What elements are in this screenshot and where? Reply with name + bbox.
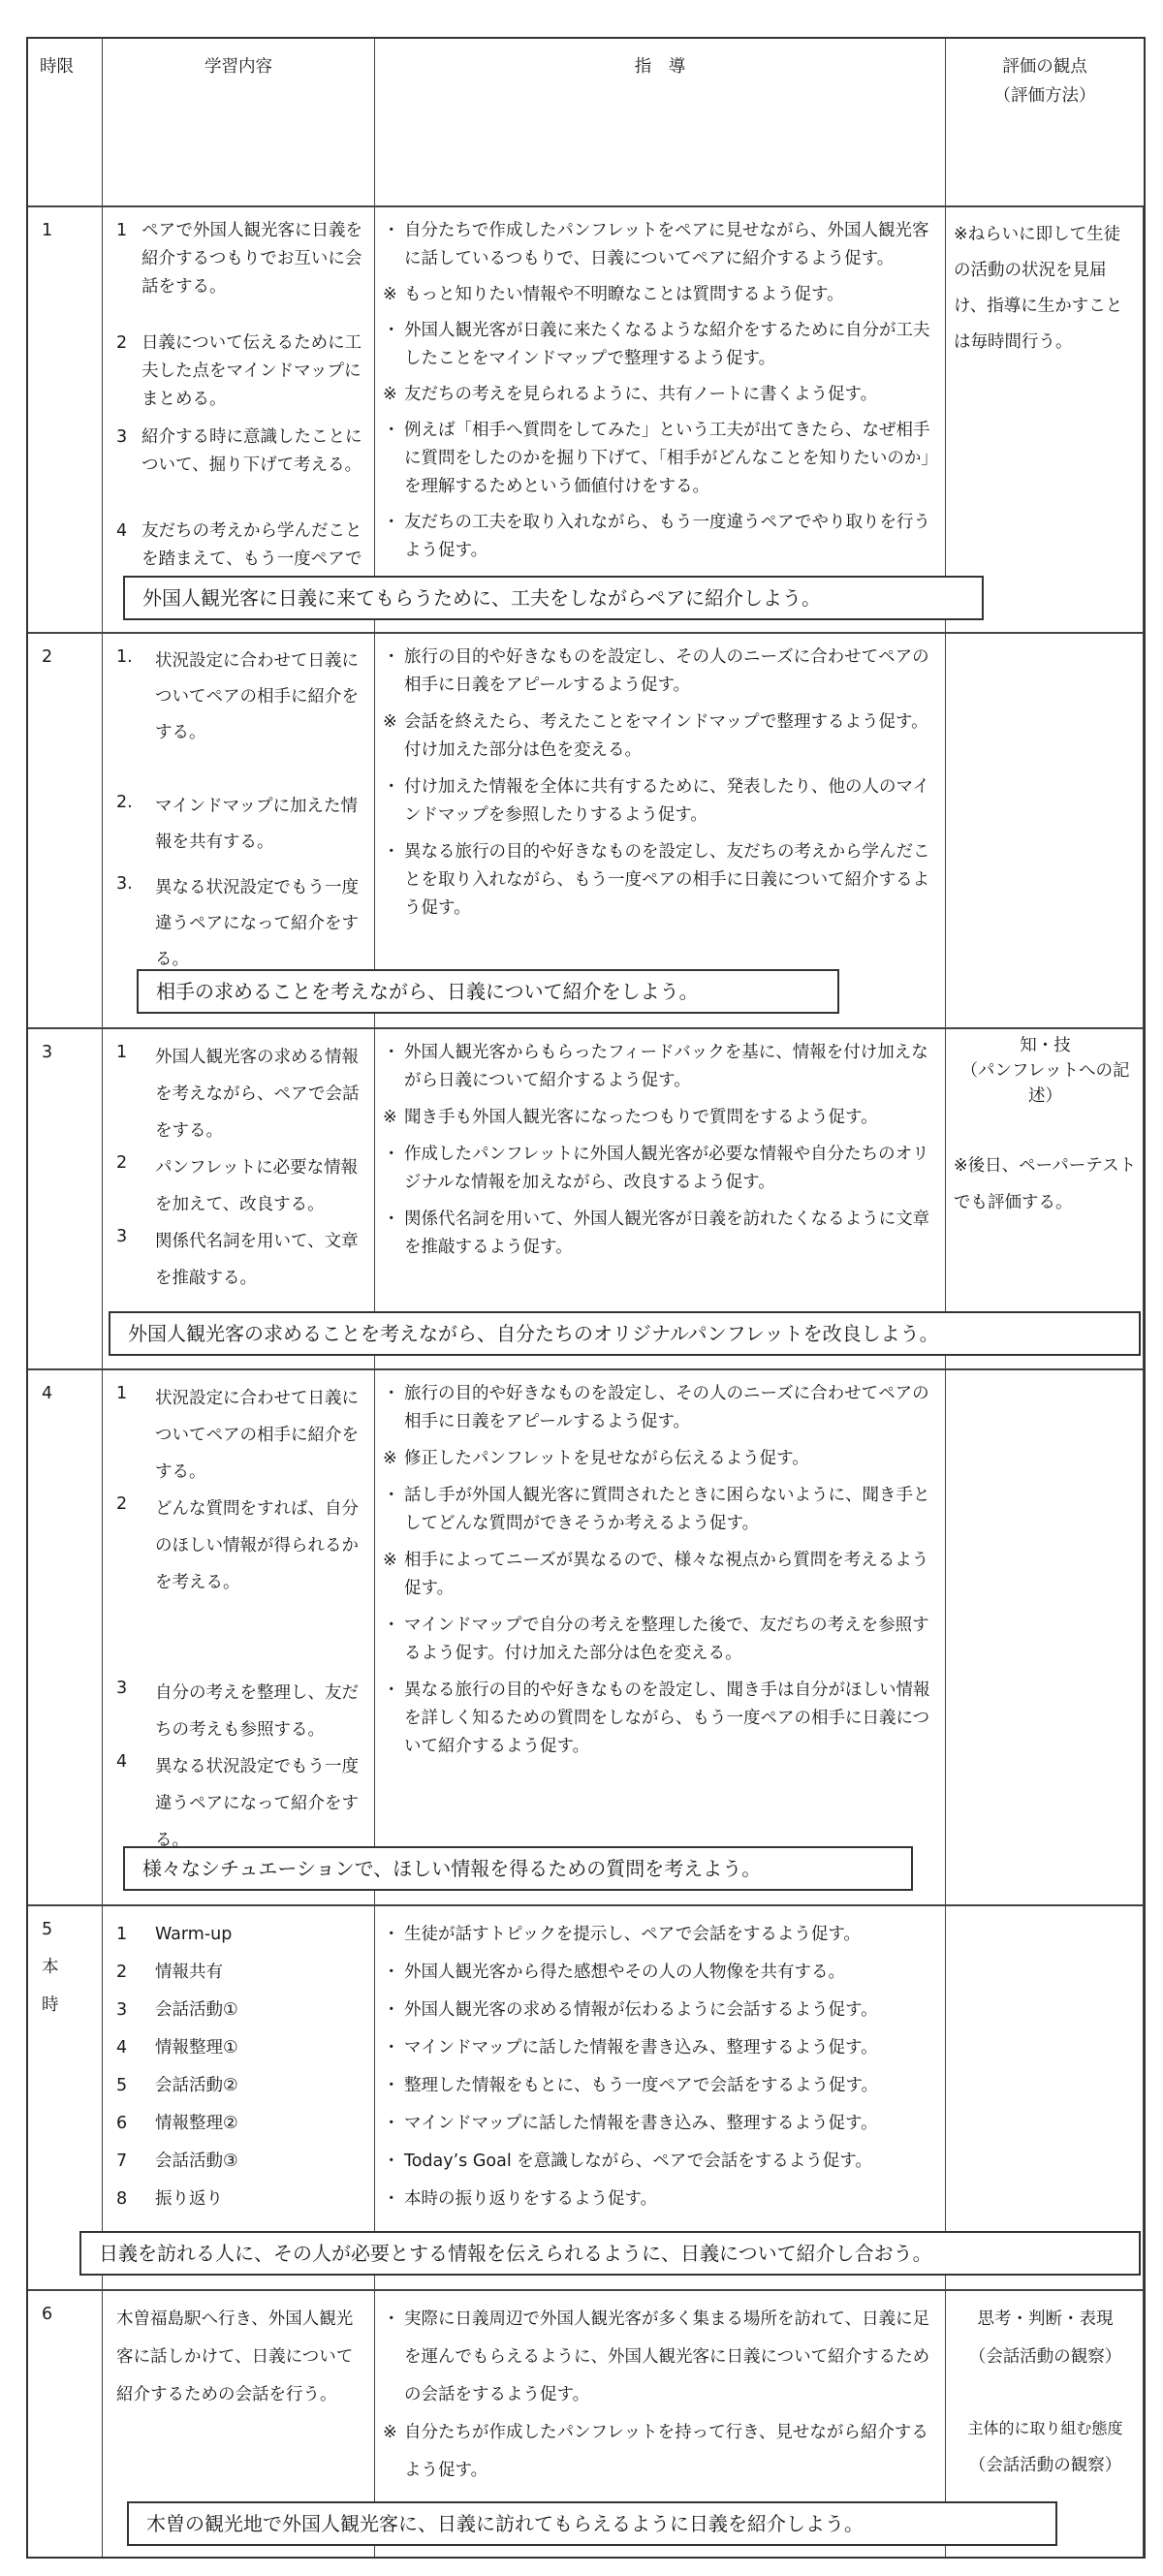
lesson-plan-table: 時限 学習内容 指 導 評価の観点 （評価方法） 1 1ペアで外国人観光客に日義… <box>26 37 1146 2559</box>
content-item: 2パンフレットに必要な情報を加えて、改良する。 <box>103 1149 374 1223</box>
lesson-goal-box: 様々なシチュエーションで、ほしい情報を得るための質問を考えよう。 <box>123 1846 913 1891</box>
header-evaluation: 評価の観点 （評価方法） <box>946 39 1144 205</box>
evaluation-note: ※ねらいに即して生徒の活動の状況を見届け、指導に生かすことは毎時間行う。 <box>954 217 1137 361</box>
guidance-item: ・旅行の目的や好きなものを設定し、その人のニーズに合わせてペアの相手に日義をアピ… <box>375 1380 945 1436</box>
guidance-item: ※友だちの考えを見られるように、共有ノートに書くよう促す。 <box>375 381 945 409</box>
evaluation-criterion: 知・技 <box>954 1033 1137 1058</box>
table-row-period-4: 4 1状況設定に合わせて日義についてペアの相手に紹介をする。 2どんな質問をすれ… <box>28 1370 1144 1906</box>
header-content: 学習内容 <box>103 39 375 205</box>
content-item: 2.マインドマップに加えた情報を共有する。 <box>103 789 374 870</box>
guidance-cell: ・自分たちで作成したパンフレットをペアに見せながら、外国人観光客に話しているつも… <box>375 207 946 632</box>
guidance-item: ・例えば「相手へ質問をしてみた」という工夫が出てきたら、なぜ相手に質問をしたのか… <box>375 417 945 501</box>
guidance-item: ・生徒が話すトピックを提示し、ペアで会話をするよう促す。 <box>375 1916 945 1954</box>
header-evaluation-label: 評価の観点 <box>946 52 1144 81</box>
guidance-item: ・異なる旅行の目的や好きなものを設定し、友だちの考えから学んだことを取り入れなが… <box>375 838 945 923</box>
evaluation-cell: ※ねらいに即して生徒の活動の状況を見届け、指導に生かすことは毎時間行う。 <box>946 207 1144 632</box>
guidance-item: ・外国人観光客からもらったフィードバックを基に、情報を付け加えながら日義について… <box>375 1039 945 1095</box>
evaluation-note: ※後日、ペーパーテストでも評価する。 <box>954 1147 1137 1221</box>
guidance-item: ・自分たちで作成したパンフレットをペアに見せながら、外国人観光客に話しているつも… <box>375 217 945 273</box>
content-item: 4異なる状況設定でもう一度違うペアになって紹介をする。 <box>103 1748 374 1859</box>
table-row-period-5-current: 5 本 時 1Warm-up 2情報共有 3会話活動① 4情報整理① 5会話活動… <box>28 1906 1144 2291</box>
guidance-item: ※もっと知りたい情報や不明瞭なことは質問するよう促す。 <box>375 281 945 309</box>
content-item: 4情報整理① <box>103 2029 374 2067</box>
guidance-item: ・マインドマップに話した情報を書き込み、整理するよう促す。 <box>375 2029 945 2067</box>
table-row-period-6: 6 木曽福島駅へ行き、外国人観光客に話しかけて、日義について紹介するための会話を… <box>28 2291 1144 2557</box>
lesson-goal-box: 外国人観光客に日義に来てもらうために、工夫をしながらペアに紹介しよう。 <box>123 576 984 620</box>
content-item: 6情報整理② <box>103 2105 374 2143</box>
evaluation-criterion: 主体的に取り組む態度 <box>954 2409 1137 2447</box>
guidance-item: ・マインドマップで自分の考えを整理した後で、友だちの考えを参照するよう促す。付け… <box>375 1612 945 1668</box>
lesson-goal-box: 相手の求めることを考えながら、日義について紹介をしよう。 <box>137 969 839 1014</box>
guidance-item: ※修正したパンフレットを見せながら伝えるよう促す。 <box>375 1445 945 1473</box>
content-item: 1.状況設定に合わせて日義についてペアの相手に紹介をする。 <box>103 644 374 756</box>
guidance-item: ・マインドマップに話した情報を書き込み、整理するよう促す。 <box>375 2105 945 2143</box>
content-item: 2情報共有 <box>103 1954 374 1992</box>
period-cell: 2 <box>28 634 103 1027</box>
period-cell: 1 <box>28 207 103 632</box>
table-header: 時限 学習内容 指 導 評価の観点 （評価方法） <box>28 39 1144 207</box>
content-item: 3紹介する時に意識したことについて、掘り下げて考える。 <box>103 424 374 508</box>
guidance-item: ・Today’s Goal を意識しながら、ペアで会話をするよう促す。 <box>375 2143 945 2181</box>
guidance-item: ・本時の振り返りをするよう促す。 <box>375 2181 945 2218</box>
content-item: 3会話活動① <box>103 1992 374 2029</box>
guidance-item: ・友だちの工夫を取り入れながら、もう一度違うペアでやり取りを行うよう促す。 <box>375 509 945 565</box>
guidance-cell: ・旅行の目的や好きなものを設定し、その人のニーズに合わせてペアの相手に日義をアピ… <box>375 1370 946 1904</box>
content-item: 1Warm-up <box>103 1916 374 1954</box>
guidance-item: ・関係代名詞を用いて、外国人観光客が日義を訪れたくなるように文章を推敲するよう促… <box>375 1206 945 1262</box>
lesson-goal-box: 外国人観光客の求めることを考えながら、自分たちのオリジナルパンフレットを改良しよ… <box>109 1311 1141 1356</box>
content-item: 木曽福島駅へ行き、外国人観光客に話しかけて、日義について紹介するための会話を行う… <box>103 2301 374 2414</box>
period-cell: 4 <box>28 1370 103 1904</box>
header-period: 時限 <box>28 39 103 205</box>
evaluation-cell <box>946 634 1144 1027</box>
guidance-item: ・旅行の目的や好きなものを設定し、その人のニーズに合わせてペアの相手に日義をアピ… <box>375 644 945 700</box>
guidance-item: ・実際に日義周辺で外国人観光客が多く集まる場所を訪れて、日義に足を運んでもらえる… <box>375 2301 945 2414</box>
evaluation-criterion: 思考・判断・表現 <box>954 2301 1137 2339</box>
header-guidance: 指 導 <box>375 39 946 205</box>
lesson-goal-box: 日義を訪れる人に、その人が必要とする情報を伝えられるように、日義について紹介し合… <box>79 2231 1141 2276</box>
content-item: 5会話活動② <box>103 2067 374 2105</box>
evaluation-method: （会話活動の観察） <box>954 2339 1137 2376</box>
guidance-item: ※聞き手も外国人観光客になったつもりで質問をするよう促す。 <box>375 1104 945 1132</box>
content-item: 3自分の考えを整理し、友だちの考えも参照する。 <box>103 1675 374 1748</box>
table-row-period-1: 1 1ペアで外国人観光客に日義を紹介するつもりでお互いに会話をする。 2日義につ… <box>28 207 1144 634</box>
period-cell: 3 <box>28 1029 103 1368</box>
content-item: 1外国人観光客の求める情報を考えながら、ペアで会話をする。 <box>103 1039 374 1149</box>
header-evaluation-method: （評価方法） <box>946 81 1144 110</box>
content-item: 1状況設定に合わせて日義についてペアの相手に紹介をする。 <box>103 1380 374 1491</box>
guidance-item: ・外国人観光客の求める情報が伝わるように会話するよう促す。 <box>375 1992 945 2029</box>
content-item: 1ペアで外国人観光客に日義を紹介するつもりでお互いに会話をする。 <box>103 217 374 301</box>
guidance-item: ・付け加えた情報を全体に共有するために、発表したり、他の人のマインドマップを参照… <box>375 773 945 830</box>
guidance-item: ※自分たちが作成したパンフレットを持って行き、見せながら紹介するよう促す。 <box>375 2414 945 2490</box>
content-item: 3関係代名詞を用いて、文章を推敲する。 <box>103 1223 374 1297</box>
content-item: 2どんな質問をすれば、自分のほしい情報が得られるかを考える。 <box>103 1491 374 1675</box>
guidance-item: ・異なる旅行の目的や好きなものを設定し、聞き手は自分がほしい情報を詳しく知るため… <box>375 1677 945 1761</box>
content-item: 3.異なる状況設定でもう一度違うペアになって紹介をする。 <box>103 870 374 978</box>
evaluation-cell <box>946 1370 1144 1904</box>
period-cell: 6 <box>28 2291 103 2557</box>
guidance-item: ・外国人観光客が日義に来たくなるような紹介をするために自分が工夫したことをマイン… <box>375 317 945 373</box>
guidance-item: ・整理した情報をもとに、もう一度ペアで会話をするよう促す。 <box>375 2067 945 2105</box>
table-row-period-3: 3 1外国人観光客の求める情報を考えながら、ペアで会話をする。 2パンフレットに… <box>28 1029 1144 1370</box>
content-cell: 1状況設定に合わせて日義についてペアの相手に紹介をする。 2どんな質問をすれば、… <box>103 1370 375 1904</box>
guidance-item: ※会話を終えたら、考えたことをマインドマップで整理するよう促す。付け加えた部分は… <box>375 708 945 765</box>
lesson-goal-box: 木曽の観光地で外国人観光客に、日義に訪れてもらえるように日義を紹介しよう。 <box>127 2501 1057 2546</box>
content-item: 2日義について伝えるために工夫した点をマインドマップにまとめる。 <box>103 330 374 414</box>
content-item: 7会話活動③ <box>103 2143 374 2181</box>
guidance-item: ・話し手が外国人観光客に質問されたときに困らないように、聞き手としてどんな質問が… <box>375 1482 945 1538</box>
evaluation-method: （会話活動の観察） <box>954 2447 1137 2485</box>
content-item: 8振り返り <box>103 2181 374 2218</box>
evaluation-method: （パンフレットへの記述） <box>954 1058 1137 1109</box>
guidance-item: ・作成したパンフレットに外国人観光客が必要な情報や自分たちのオリジナルな情報を加… <box>375 1141 945 1197</box>
guidance-item: ※相手によってニーズが異なるので、様々な視点から質問を考えるよう促す。 <box>375 1547 945 1603</box>
content-cell: 1ペアで外国人観光客に日義を紹介するつもりでお互いに会話をする。 2日義について… <box>103 207 375 632</box>
table-row-period-2: 2 1.状況設定に合わせて日義についてペアの相手に紹介をする。 2.マインドマッ… <box>28 634 1144 1029</box>
guidance-item: ・外国人観光客から得た感想やその人の人物像を共有する。 <box>375 1954 945 1992</box>
